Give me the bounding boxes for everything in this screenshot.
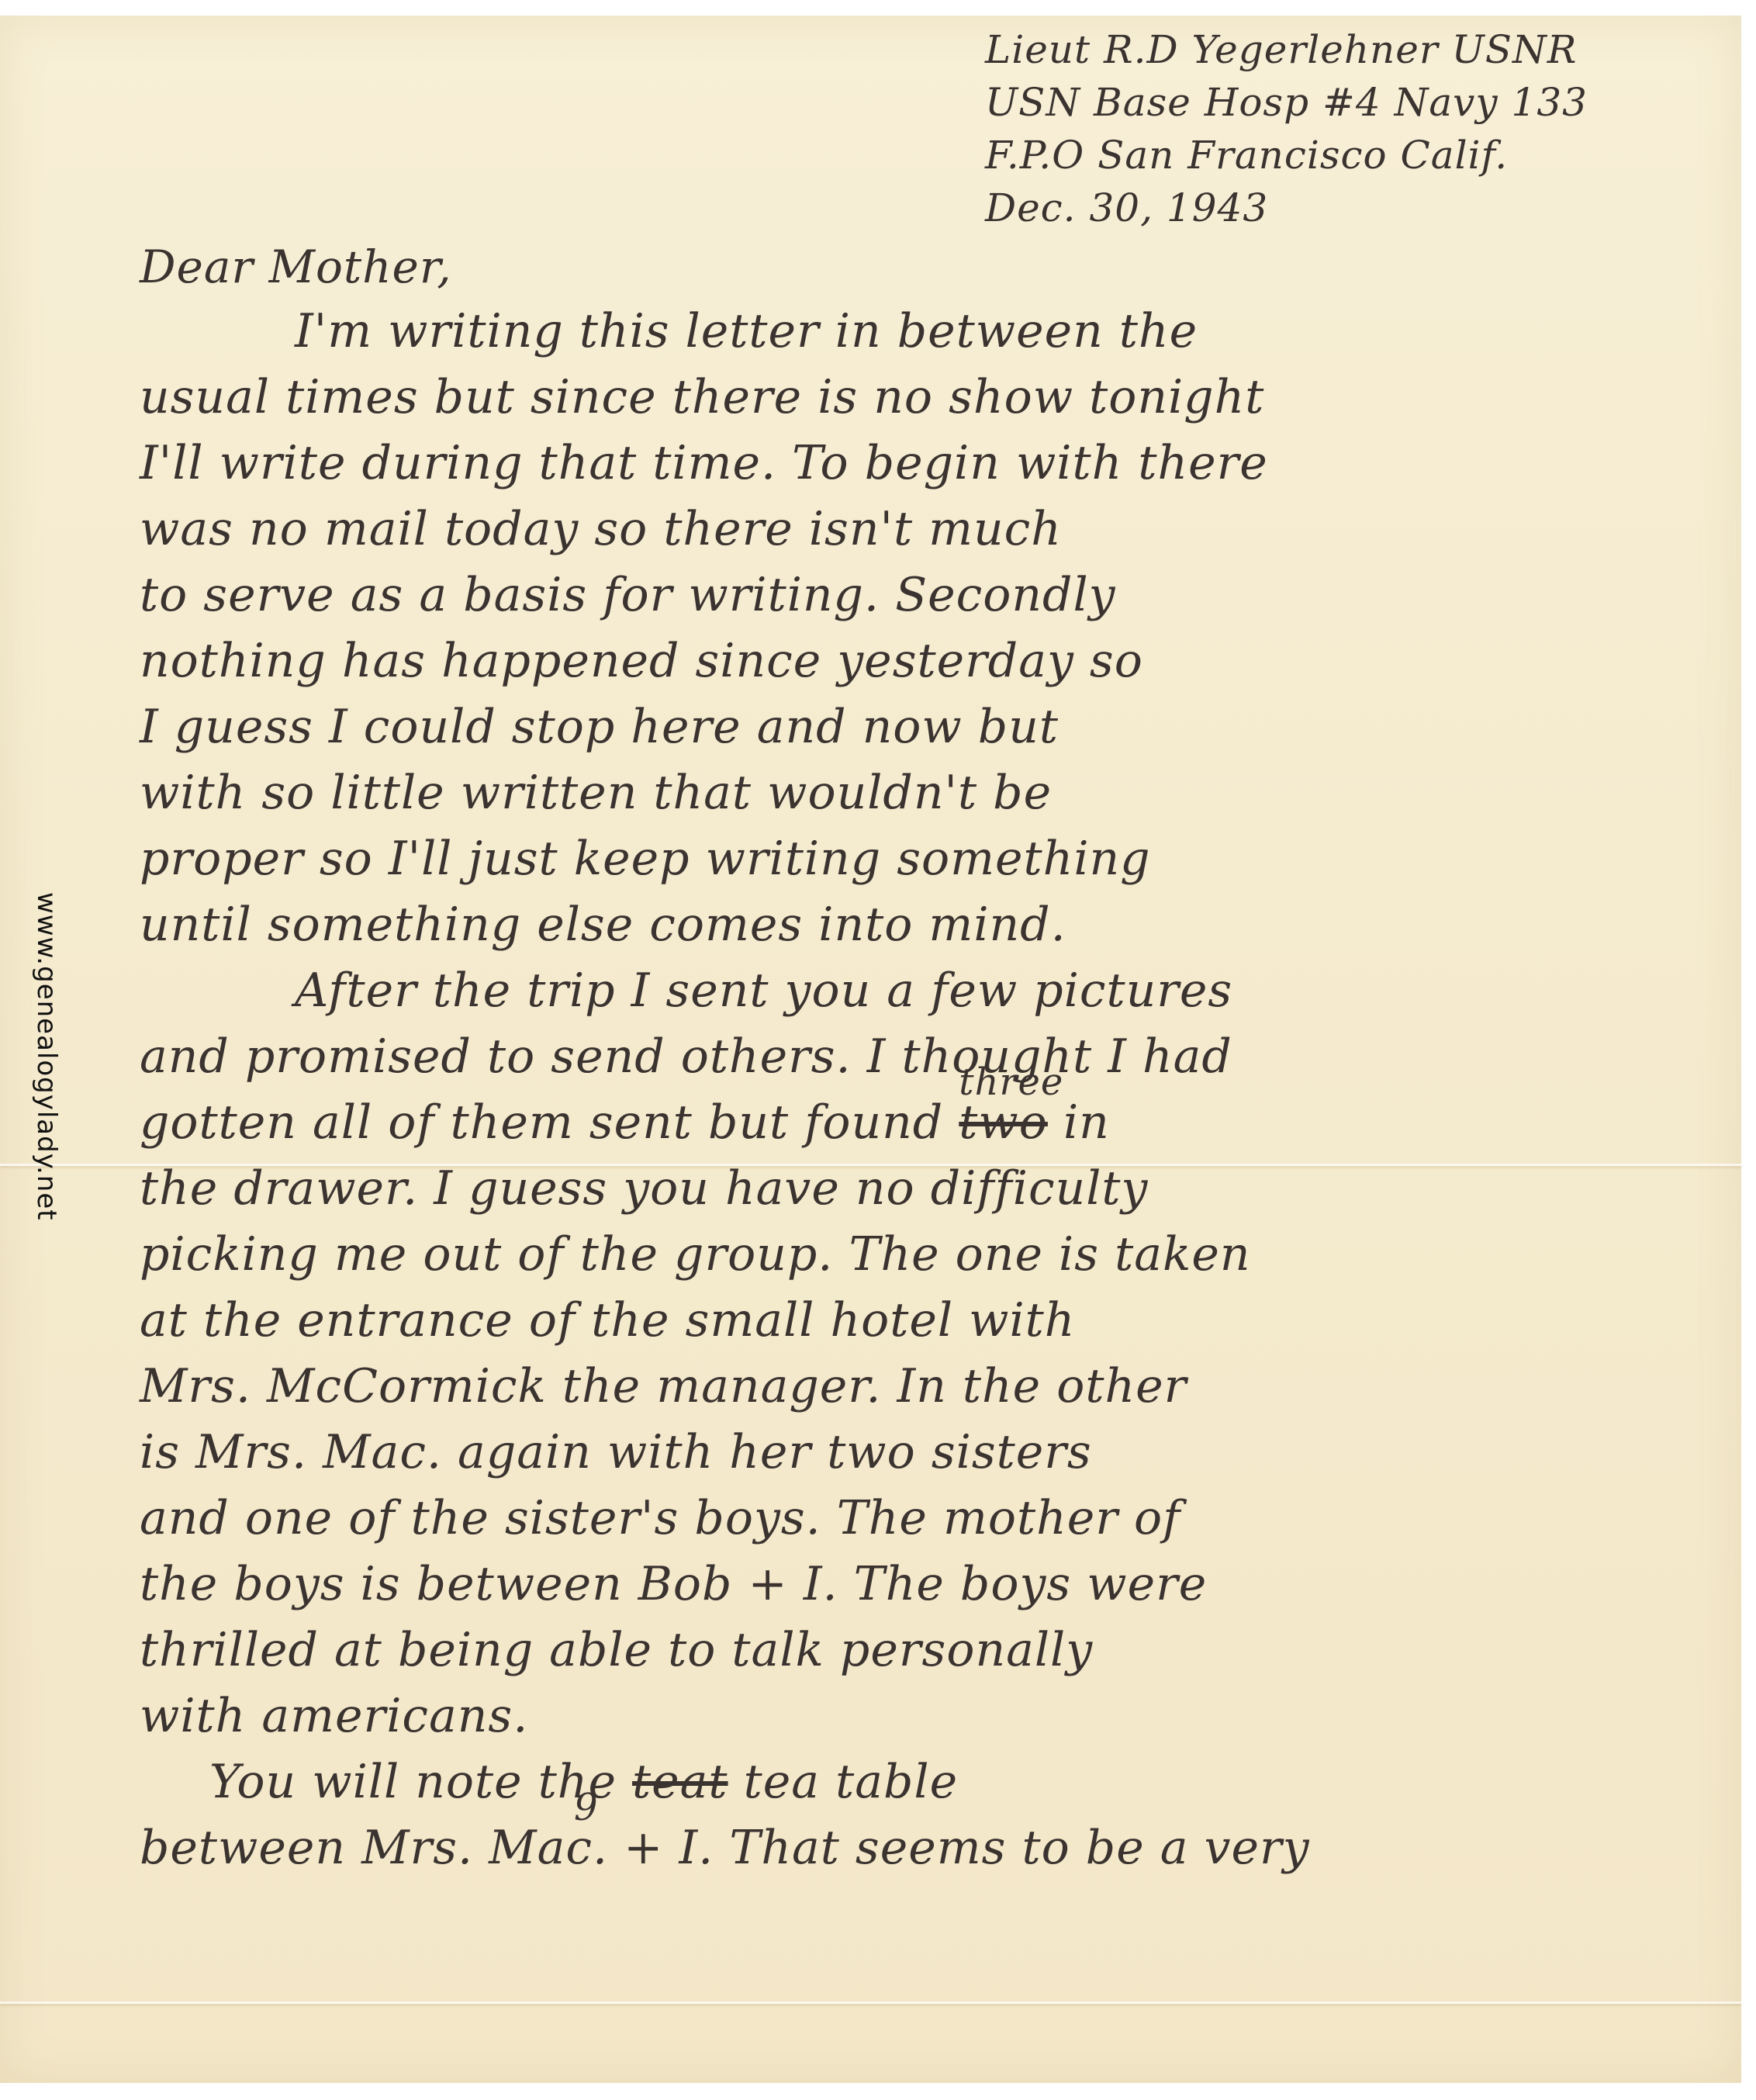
body-line: After the trip I sent you a few pictures (140, 958, 1699, 1024)
letter-body: I'm writing this letter in between the u… (140, 299, 1699, 1881)
correction: three two (959, 1090, 1048, 1156)
letter-page: Lieut R.D Yegerlehner USNR USN Base Hosp… (0, 16, 1741, 2083)
inserted-mark: 9 (574, 1775, 599, 1841)
body-line: to serve as a basis for writing. Secondl… (140, 562, 1699, 628)
body-line: usual times but since there is no show t… (140, 365, 1699, 431)
line-text: in (1063, 1095, 1110, 1150)
watermark: www.genealogylady.net (31, 892, 62, 1221)
body-line: between Mrs. Mac. + I. That seems to be … (140, 1815, 1699, 1881)
body-line: gotten all of them sent but found three … (140, 1090, 1699, 1156)
body-line: You will note the teat tea table (140, 1749, 1699, 1815)
line-text: tea table (744, 1755, 958, 1809)
line-text: You will note the (209, 1755, 617, 1809)
body-line: proper so I'll just keep writing somethi… (140, 826, 1699, 892)
sender-postal: F.P.O San Francisco Calif. (985, 129, 1588, 182)
body-line: and promised to send others. I thought I… (140, 1024, 1699, 1090)
body-line: the drawer. I guess you have no difficul… (140, 1156, 1699, 1222)
sender-address-block: Lieut R.D Yegerlehner USNR USN Base Hosp… (985, 23, 1588, 234)
letter-date: Dec. 30, 1943 (985, 182, 1588, 234)
body-line: with americans. (140, 1683, 1699, 1749)
body-line: Mrs. McCormick the manager. In the other (140, 1354, 1699, 1420)
salutation: Dear Mother, (140, 240, 452, 293)
body-line: picking me out of the group. The one is … (140, 1222, 1699, 1288)
body-line: until something else comes into mind. (140, 892, 1699, 958)
inserted-word: three (959, 1050, 1063, 1116)
body-line: I'll write during that time. To begin wi… (140, 431, 1699, 496)
body-line: is Mrs. Mac. again with her two sisters (140, 1420, 1699, 1486)
sender-name: Lieut R.D Yegerlehner USNR (985, 23, 1588, 76)
body-line: and one of the sister's boys. The mother… (140, 1486, 1699, 1552)
correction: between Mrs. Mac. + I. That seems to be … (140, 1815, 1310, 1881)
paper-fold (0, 2001, 1741, 2004)
sender-unit: USN Base Hosp #4 Navy 133 (985, 76, 1588, 129)
body-line: nothing has happened since yesterday so (140, 628, 1699, 694)
body-line: was no mail today so there isn't much (140, 496, 1699, 562)
body-line: with so little written that wouldn't be (140, 760, 1699, 826)
body-line: at the entrance of the small hotel with (140, 1288, 1699, 1354)
body-line: I'm writing this letter in between the (140, 299, 1699, 365)
line-text: gotten all of them sent but found (140, 1095, 943, 1150)
struck-word: teat (632, 1755, 728, 1809)
body-line: the boys is between Bob + I. The boys we… (140, 1552, 1699, 1617)
body-line: I guess I could stop here and now but (140, 694, 1699, 760)
line-text: between Mrs. Mac. + I. That seems to be … (140, 1821, 1310, 1875)
body-line: thrilled at being able to talk personall… (140, 1617, 1699, 1683)
